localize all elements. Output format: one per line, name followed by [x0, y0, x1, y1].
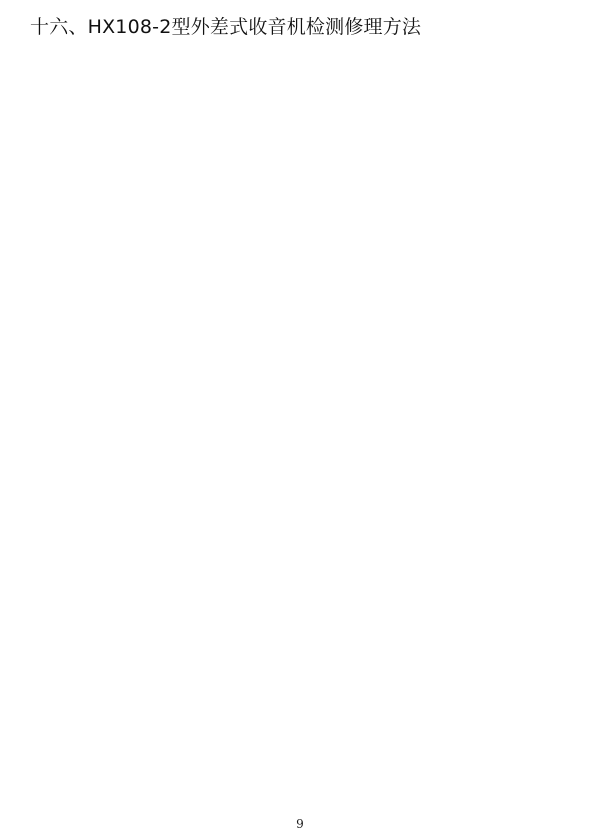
page-title: 十六、HX108-2型外差式收音机检测修理方法 [30, 14, 421, 40]
page-number: 9 [0, 817, 600, 831]
